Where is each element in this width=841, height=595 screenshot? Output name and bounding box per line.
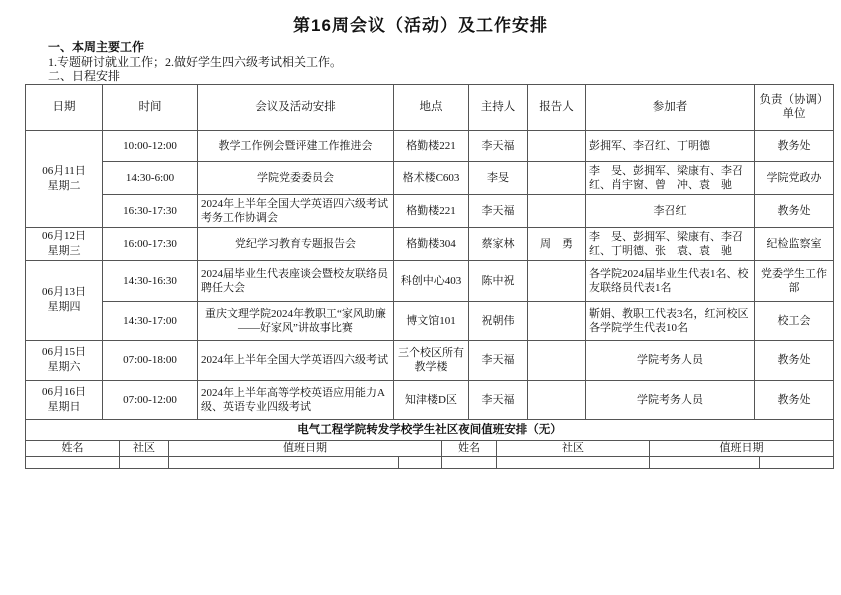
empty-cell — [760, 456, 834, 468]
weekday-text: 星期三 — [29, 244, 99, 259]
night-duty-title-row: 电气工程学院转发学校学生社区夜间值班安排（无） — [26, 419, 834, 440]
host-cell: 李天福 — [469, 130, 528, 161]
place-cell: 格勤楼304 — [394, 227, 469, 260]
weekday-text: 星期六 — [29, 360, 99, 375]
section-heading-schedule: 二、日程安排 — [48, 69, 841, 84]
reporter-cell — [528, 260, 586, 301]
place-cell: 三个校区所有教学楼 — [394, 340, 469, 380]
col-header-community: 社区 — [497, 440, 650, 456]
participants-cell: 李 旻、彭拥军、梁康有、李召红、肖宇窗、曾 冲、袁 驰 — [586, 161, 755, 194]
reporter-cell — [528, 380, 586, 419]
empty-cell — [442, 456, 497, 468]
main-work-items: 1.专题研讨就业工作；2.做好学生四六级考试相关工作。 — [48, 55, 841, 70]
unit-cell: 党委学生工作部 — [755, 260, 834, 301]
table-row: 06月15日 星期六 07:00-18:00 2024年上半年全国大学英语四六级… — [26, 340, 834, 380]
night-duty-header-row: 姓名 社区 值班日期 姓名 社区 值班日期 — [26, 440, 834, 456]
section-heading-main-work: 一、本周主要工作 — [48, 40, 841, 55]
weekday-text: 星期二 — [29, 179, 99, 194]
col-header-place: 地点 — [394, 84, 469, 130]
col-header-name: 姓名 — [442, 440, 497, 456]
date-cell: 06月12日 星期三 — [26, 227, 103, 260]
table-row: 06月13日 星期四 14:30-16:30 2024届毕业生代表座谈会暨校友联… — [26, 260, 834, 301]
host-cell: 李天福 — [469, 340, 528, 380]
event-cell: 教学工作例会暨评建工作推进会 — [198, 130, 394, 161]
night-duty-title: 电气工程学院转发学校学生社区夜间值班安排（无） — [26, 419, 834, 440]
unit-cell: 教务处 — [755, 194, 834, 227]
date-text: 06月16日 — [29, 385, 99, 400]
reporter-cell — [528, 194, 586, 227]
unit-cell: 教务处 — [755, 130, 834, 161]
empty-cell — [497, 456, 650, 468]
event-cell: 重庆文理学院2024年教职工“家风助廉——好家风”讲故事比赛 — [198, 301, 394, 340]
schedule-table: 日期 时间 会议及活动安排 地点 主持人 报告人 参加者 负责（协调）单位 06… — [25, 84, 834, 420]
unit-cell: 教务处 — [755, 380, 834, 419]
unit-cell: 校工会 — [755, 301, 834, 340]
host-cell: 祝朝伟 — [469, 301, 528, 340]
place-cell: 博文馆101 — [394, 301, 469, 340]
weekday-text: 星期日 — [29, 400, 99, 415]
empty-cell — [399, 456, 442, 468]
reporter-cell — [528, 161, 586, 194]
unit-cell: 纪检监察室 — [755, 227, 834, 260]
time-cell: 10:00-12:00 — [103, 130, 198, 161]
col-header-unit: 负责（协调）单位 — [755, 84, 834, 130]
col-header-duty-date: 值班日期 — [169, 440, 442, 456]
time-cell: 14:30-16:30 — [103, 260, 198, 301]
col-header-duty-date: 值班日期 — [650, 440, 834, 456]
unit-cell: 教务处 — [755, 340, 834, 380]
event-cell: 2024年上半年全国大学英语四六级考试 — [198, 340, 394, 380]
empty-cell — [169, 456, 399, 468]
table-row: 06月12日 星期三 16:00-17:30 党纪学习教育专题报告会 格勤楼30… — [26, 227, 834, 260]
empty-cell — [26, 456, 120, 468]
page-title: 第16周会议（活动）及工作安排 — [0, 0, 841, 37]
empty-cell — [650, 456, 760, 468]
date-text: 06月15日 — [29, 345, 99, 360]
col-header-name: 姓名 — [26, 440, 120, 456]
intro-section: 一、本周主要工作 1.专题研讨就业工作；2.做好学生四六级考试相关工作。 二、日… — [48, 40, 841, 84]
participants-cell: 各学院2024届毕业生代表1名、校友联络员代表1名 — [586, 260, 755, 301]
host-cell: 李天福 — [469, 194, 528, 227]
document-page: 第16周会议（活动）及工作安排 一、本周主要工作 1.专题研讨就业工作；2.做好… — [0, 0, 841, 595]
date-text: 06月13日 — [29, 285, 99, 300]
table-row: 06月16日 星期日 07:00-12:00 2024年上半年高等学校英语应用能… — [26, 380, 834, 419]
time-cell: 14:30-17:00 — [103, 301, 198, 340]
participants-cell: 彭拥军、李召红、丁明德 — [586, 130, 755, 161]
event-cell: 学院党委委员会 — [198, 161, 394, 194]
place-cell: 格术楼C603 — [394, 161, 469, 194]
col-header-participants: 参加者 — [586, 84, 755, 130]
event-cell: 2024届毕业生代表座谈会暨校友联络员聘任大会 — [198, 260, 394, 301]
time-cell: 16:30-17:30 — [103, 194, 198, 227]
date-cell: 06月15日 星期六 — [26, 340, 103, 380]
col-header-community: 社区 — [120, 440, 169, 456]
schedule-header-row: 日期 时间 会议及活动安排 地点 主持人 报告人 参加者 负责（协调）单位 — [26, 84, 834, 130]
date-text: 06月11日 — [29, 164, 99, 179]
col-header-event: 会议及活动安排 — [198, 84, 394, 130]
date-cell: 06月13日 星期四 — [26, 260, 103, 340]
night-duty-empty-row — [26, 456, 834, 468]
night-duty-table: 电气工程学院转发学校学生社区夜间值班安排（无） 姓名 社区 值班日期 姓名 社区… — [25, 419, 834, 469]
host-cell: 李天福 — [469, 380, 528, 419]
participants-cell: 李 旻、彭拥军、梁康有、李召红、丁明德、张 袁、袁 驰 — [586, 227, 755, 260]
col-header-time: 时间 — [103, 84, 198, 130]
host-cell: 李旻 — [469, 161, 528, 194]
event-cell: 2024年上半年全国大学英语四六级考试考务工作协调会 — [198, 194, 394, 227]
place-cell: 科创中心403 — [394, 260, 469, 301]
time-cell: 07:00-12:00 — [103, 380, 198, 419]
host-cell: 陈中祝 — [469, 260, 528, 301]
col-header-host: 主持人 — [469, 84, 528, 130]
reporter-cell: 周 勇 — [528, 227, 586, 260]
table-row: 16:30-17:30 2024年上半年全国大学英语四六级考试考务工作协调会 格… — [26, 194, 834, 227]
participants-cell: 靳娟、教职工代表3名，红河校区各学院学生代表10名 — [586, 301, 755, 340]
participants-cell: 学院考务人员 — [586, 380, 755, 419]
date-cell: 06月16日 星期日 — [26, 380, 103, 419]
table-row: 14:30-17:00 重庆文理学院2024年教职工“家风助廉——好家风”讲故事… — [26, 301, 834, 340]
participants-cell: 李召红 — [586, 194, 755, 227]
host-cell: 蔡家林 — [469, 227, 528, 260]
reporter-cell — [528, 340, 586, 380]
date-cell: 06月11日 星期二 — [26, 130, 103, 227]
time-cell: 07:00-18:00 — [103, 340, 198, 380]
place-cell: 知津楼D区 — [394, 380, 469, 419]
unit-cell: 学院党政办 — [755, 161, 834, 194]
col-header-date: 日期 — [26, 84, 103, 130]
col-header-reporter: 报告人 — [528, 84, 586, 130]
event-cell: 2024年上半年高等学校英语应用能力A级、英语专业四级考试 — [198, 380, 394, 419]
place-cell: 格勤楼221 — [394, 194, 469, 227]
table-row: 14:30-6:00 学院党委委员会 格术楼C603 李旻 李 旻、彭拥军、梁康… — [26, 161, 834, 194]
reporter-cell — [528, 130, 586, 161]
table-row: 06月11日 星期二 10:00-12:00 教学工作例会暨评建工作推进会 格勤… — [26, 130, 834, 161]
participants-cell: 学院考务人员 — [586, 340, 755, 380]
weekday-text: 星期四 — [29, 300, 99, 315]
event-cell: 党纪学习教育专题报告会 — [198, 227, 394, 260]
time-cell: 16:00-17:30 — [103, 227, 198, 260]
date-text: 06月12日 — [29, 229, 99, 244]
time-cell: 14:30-6:00 — [103, 161, 198, 194]
place-cell: 格勤楼221 — [394, 130, 469, 161]
reporter-cell — [528, 301, 586, 340]
empty-cell — [120, 456, 169, 468]
